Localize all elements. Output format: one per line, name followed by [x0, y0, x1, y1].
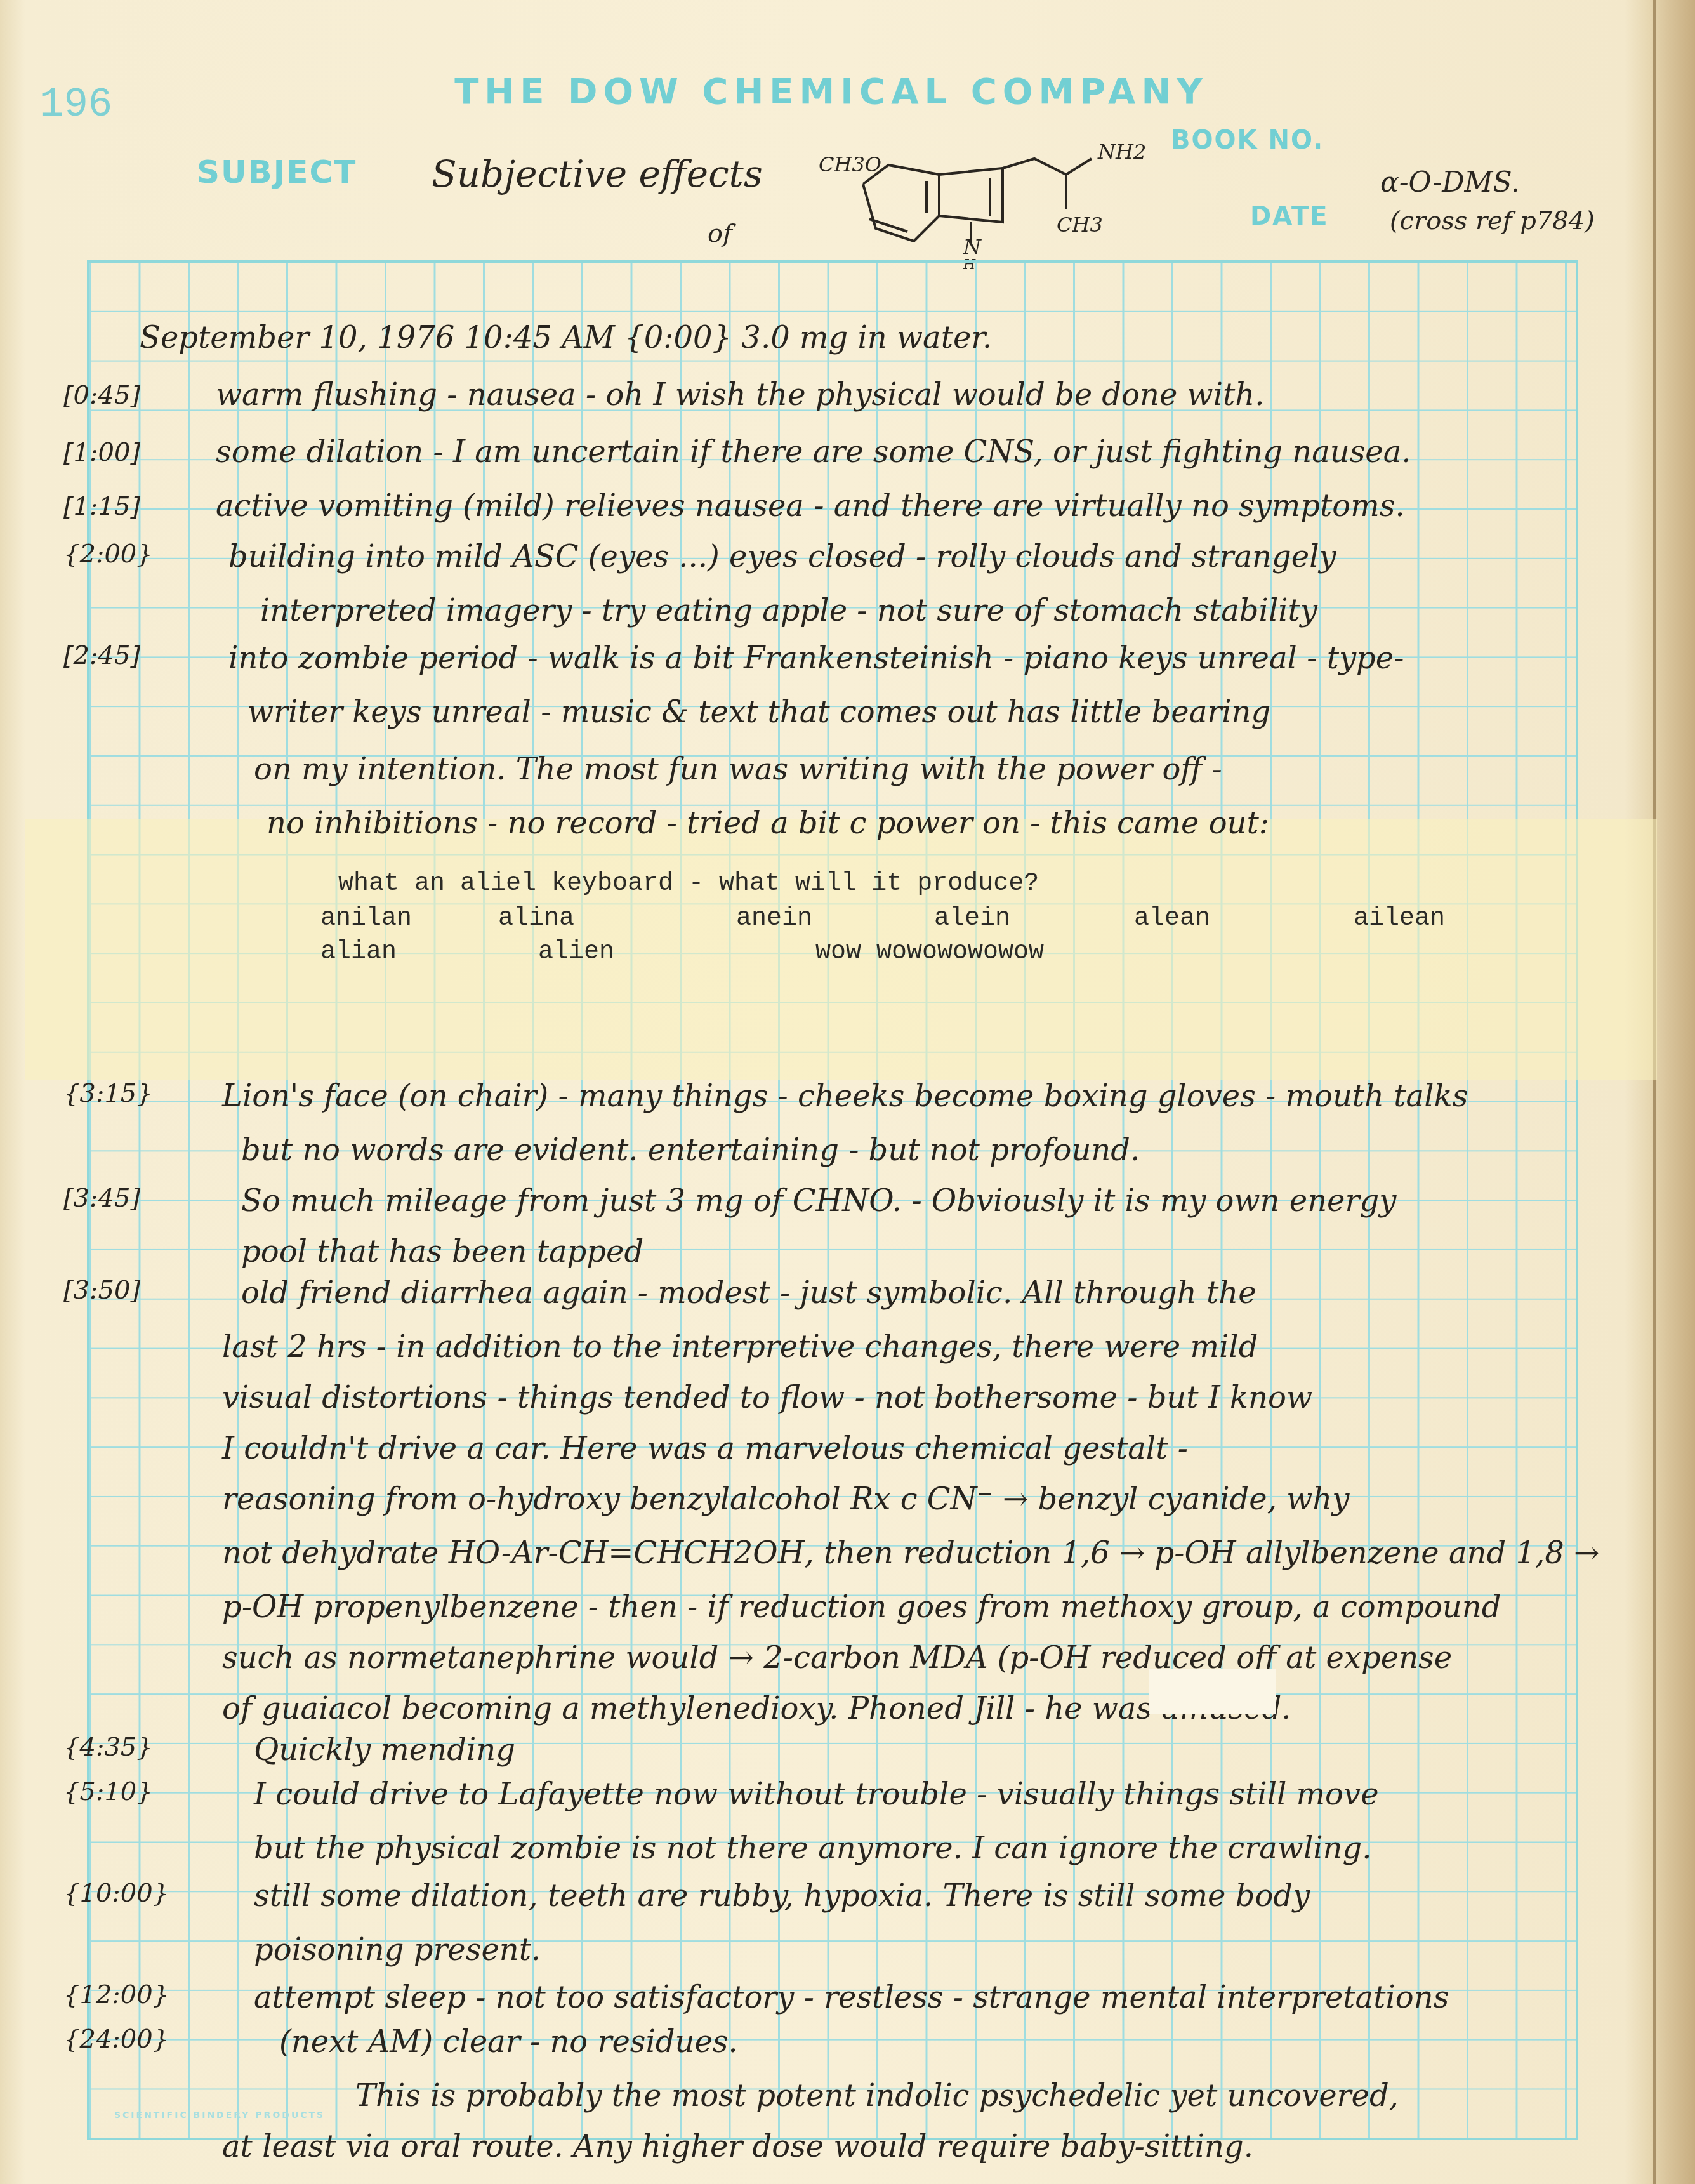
ring-n-label: N: [963, 235, 981, 259]
timestamp: {12:00}: [63, 1980, 169, 2009]
entry-line: I couldn't drive a car. Here was a marve…: [222, 1409, 1188, 1466]
entry-text: I could drive to Lafayette now without t…: [254, 1777, 1379, 1812]
subject-of: of: [708, 219, 732, 248]
typed-word: alian: [320, 938, 397, 967]
entry-text: at least via oral route. Any higher dose…: [222, 2129, 1253, 2164]
timestamp: [1:15]: [63, 492, 140, 521]
entry-line: warm flushing - nausea - oh I wish the p…: [216, 355, 1264, 413]
timestamp: {10:00}: [63, 1879, 169, 1908]
date-label: DATE: [1250, 202, 1329, 231]
entry-text: writer keys unreal - music & text that c…: [247, 694, 1270, 730]
entry-line: So much mileage from just 3 mg of CHNO. …: [241, 1161, 1396, 1219]
notebook-page: 196 THE DOW CHEMICAL COMPANY SUBJECT Sub…: [0, 0, 1695, 2184]
entry-line: I could drive to Lafayette now without t…: [254, 1755, 1379, 1812]
timestamp: [2:45]: [63, 641, 140, 670]
entry-line: no inhibitions - no record - tried a bit…: [267, 784, 1269, 841]
subject-value: Subjective effects: [432, 152, 763, 195]
timestamp: {4:35}: [63, 1733, 153, 1762]
typed-word: anein: [736, 904, 812, 933]
entry-text: no inhibitions - no record - tried a bit…: [267, 805, 1269, 841]
entry-text: (next AM) clear - no residues.: [279, 2024, 738, 2060]
entry-line: on my intention. The most fun was writin…: [254, 730, 1222, 787]
typed-word: wow wowowowowow: [815, 938, 1044, 967]
timestamp: [0:45]: [63, 381, 140, 410]
typed-word: alein: [934, 904, 1010, 933]
entry-line: such as normetanephrine would → 2-carbon…: [222, 1618, 1452, 1676]
entry-line: active vomiting (mild) relieves nausea -…: [216, 467, 1405, 524]
book-no-label: BOOK NO.: [1171, 126, 1324, 155]
typed-line: what an aliel keyboard - what will it pr…: [338, 870, 1039, 898]
molecule-structure-drawing: CH3O NH2 CH3 N H: [819, 140, 1212, 279]
typed-word: ailean: [1354, 904, 1445, 933]
timestamp: {2:00}: [63, 539, 153, 569]
entry-line: Lion's face (on chair) - many things - c…: [222, 1057, 1468, 1114]
entry-line: but no words are evident. entertaining -…: [241, 1111, 1140, 1168]
entry-line: This is probably the most potent indolic…: [355, 2056, 1399, 2114]
entry-line: reasoning from o-hydroxy benzylalcohol R…: [222, 1460, 1349, 1517]
timestamp: {24:00}: [63, 2025, 169, 2054]
entry-text: reasoning from o-hydroxy benzylalcohol R…: [222, 1481, 1349, 1517]
entry-text: September 10, 1976 10:45 AM {0:00} 3.0 m…: [140, 320, 992, 355]
page-edge: [1653, 0, 1656, 2184]
typed-word: anilan: [320, 904, 412, 933]
page-number: 196: [39, 83, 112, 128]
entry-text: into zombie period - walk is a bit Frank…: [228, 640, 1404, 676]
entry-line: visual distortions - things tended to fl…: [222, 1358, 1312, 1415]
entry-text: not dehydrate HO-Ar-CH=CHCH2OH, then red…: [222, 1535, 1599, 1571]
timestamp: [3:45]: [63, 1184, 140, 1213]
timestamp: [1:00]: [63, 438, 140, 467]
timestamp: {5:10}: [63, 1777, 153, 1806]
typed-word: alean: [1134, 904, 1210, 933]
entry-text: still some dilation, teeth are rubby, hy…: [254, 1878, 1310, 1914]
entry-line: old friend diarrhea again - modest - jus…: [241, 1254, 1256, 1311]
company-title: THE DOW CHEMICAL COMPANY: [406, 71, 1256, 112]
entry-text: building into mild ASC (eyes ...) eyes c…: [228, 539, 1336, 574]
entry-line: at least via oral route. Any higher dose…: [222, 2107, 1253, 2164]
typed-word: alina: [498, 904, 574, 933]
methyl-label: CH3: [1057, 213, 1103, 237]
entry-line: writer keys unreal - music & text that c…: [247, 673, 1270, 730]
entry-text: some dilation - I am uncertain if there …: [216, 434, 1411, 470]
timestamp: {3:15}: [63, 1079, 153, 1108]
redaction-patch: [1149, 1669, 1276, 1714]
timestamp: [3:50]: [63, 1276, 140, 1305]
date-value: (cross ref p784): [1390, 206, 1595, 235]
entry-line: still some dilation, teeth are rubby, hy…: [254, 1856, 1310, 1914]
entry-line: last 2 hrs - in addition to the interpre…: [222, 1307, 1258, 1365]
entry-text: on my intention. The most fun was writin…: [254, 751, 1222, 787]
methoxy-label: CH3O: [819, 152, 881, 176]
subject-label: SUBJECT: [197, 154, 357, 190]
bindery-footer: SCIENTIFIC BINDERY PRODUCTS: [114, 2110, 325, 2121]
entry-line: not dehydrate HO-Ar-CH=CHCH2OH, then red…: [222, 1514, 1599, 1571]
entry-line: some dilation - I am uncertain if there …: [216, 413, 1411, 470]
typed-word: alien: [538, 938, 614, 967]
entry-line: p-OH propenylbenzene - then - if reducti…: [222, 1568, 1501, 1625]
book-no-value: α-O-DMS.: [1380, 166, 1520, 199]
amine-label: NH2: [1098, 140, 1146, 164]
entry-line: building into mild ASC (eyes ...) eyes c…: [228, 517, 1336, 574]
entry-text: warm flushing - nausea - oh I wish the p…: [216, 377, 1264, 413]
entry-text: Lion's face (on chair) - many things - c…: [222, 1078, 1468, 1114]
entry-line: into zombie period - walk is a bit Frank…: [228, 619, 1404, 676]
entry-text: old friend diarrhea again - modest - jus…: [241, 1275, 1256, 1311]
entry-line: (next AM) clear - no residues.: [279, 2002, 738, 2060]
entry-date-line: September 10, 1976 10:45 AM {0:00} 3.0 m…: [140, 298, 992, 355]
